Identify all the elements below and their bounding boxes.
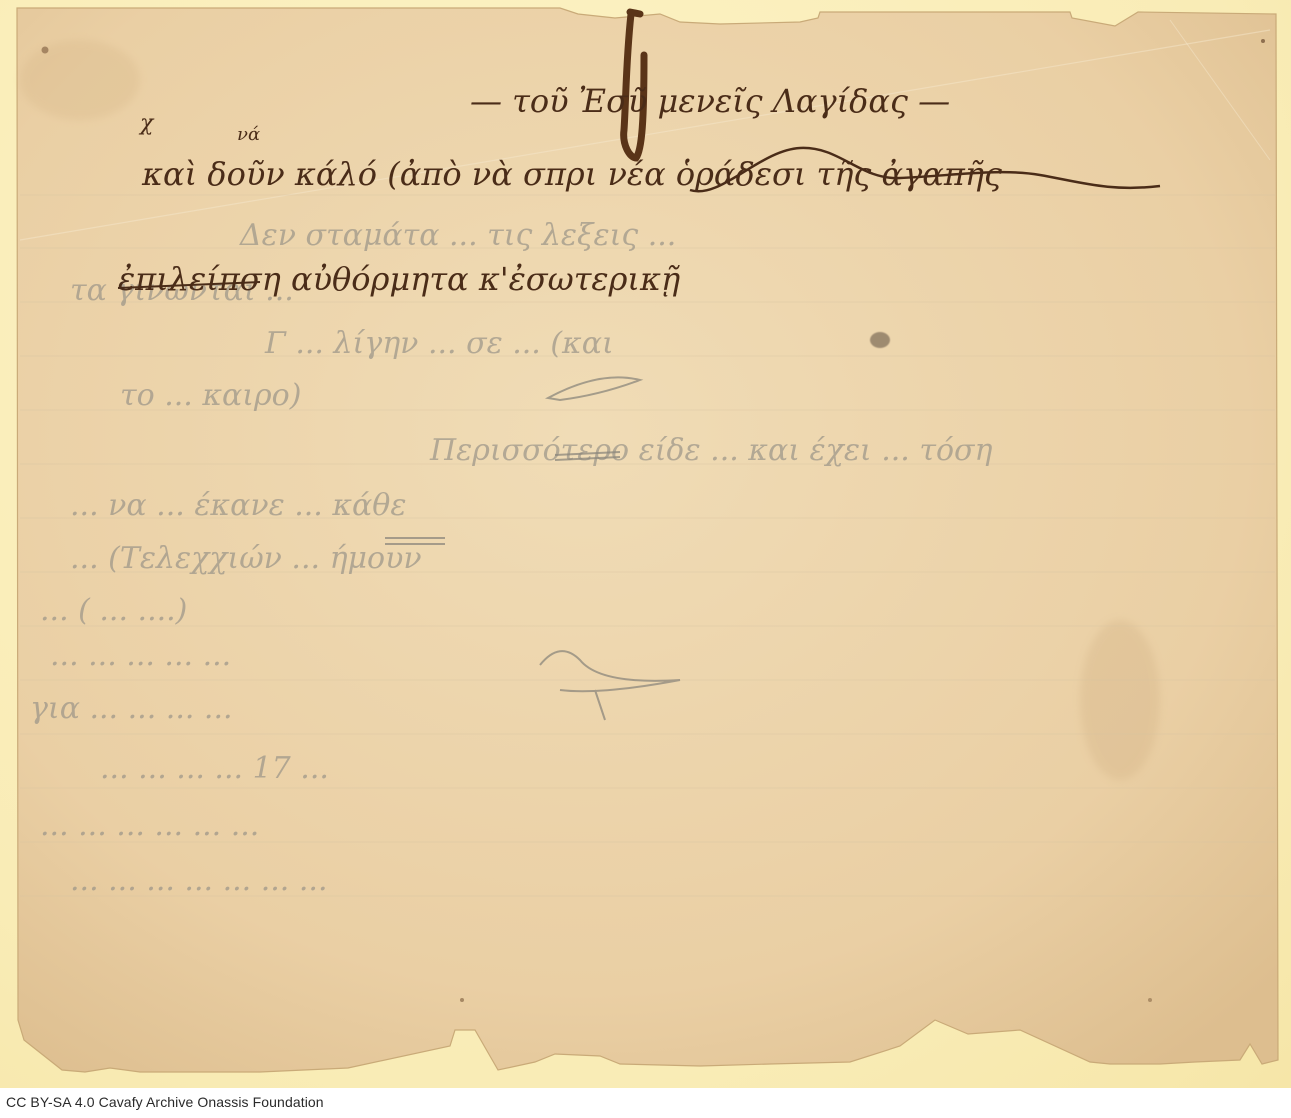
pencil-line: Περισσότερο είδε ... και έχει ... τόση [429,433,992,468]
manuscript-page: Δεν σταμάτα ... τις λεξεις ... τα γινωντ… [0,0,1291,1088]
margin-mark-x: χ [138,111,155,136]
pencil-line: Γ ... λίγην ... σε ... (και [264,326,614,361]
caption-bar: CC BY-SA 4.0 Cavafy Archive Onassis Foun… [0,1088,1291,1118]
pencil-line: για ... ... ... ... [30,691,233,726]
pencil-line: ... ... ... ... ... [50,638,231,673]
pencil-line: ... ... ... ... 17 ... [100,751,329,786]
margin-mark-na: νά [237,124,260,145]
pencil-line: ... ( ... ....) [40,593,187,628]
pencil-line: ... να ... έκανε ... κάθε [70,488,406,523]
license-caption: CC BY-SA 4.0 Cavafy Archive Onassis Foun… [6,1094,324,1110]
pencil-line: ... ... ... ... ... ... [40,808,259,843]
pencil-line: το ... καιρο) [120,378,301,413]
ink-line-2: ἐπιλείπση αὐθόρμητα κ'ἐσωτερικῇ [118,260,680,298]
pencil-line: ... ... ... ... ... ... ... [70,863,327,898]
pencil-line: Δεν σταμάτα ... τις λεξεις ... [239,218,676,253]
heading-line: — τοῦ Ἐσῦ μενεῖς Λαγίδας — [470,82,950,120]
pencil-line: ... (Τελεχχιών ... ήμουν [70,541,422,576]
